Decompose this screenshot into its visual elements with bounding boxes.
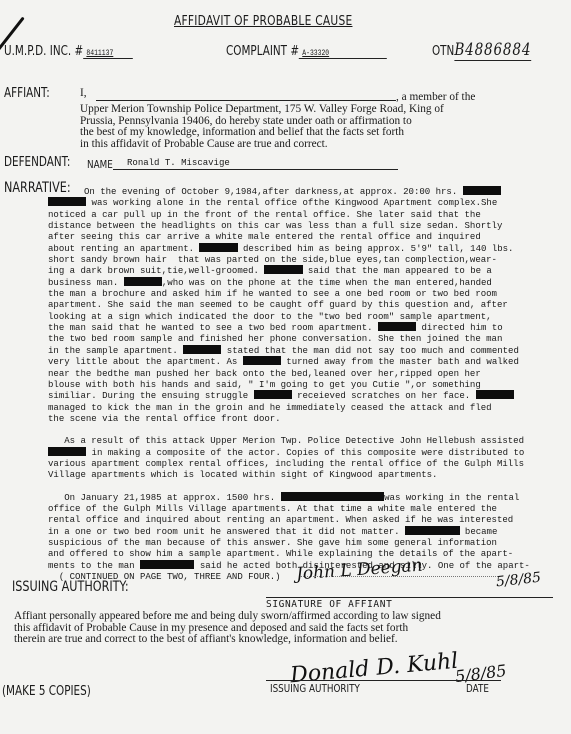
narrative-line: the scene via the rental office front do… [48, 413, 530, 424]
sworn-line: Affiant personally appeared before me an… [14, 611, 441, 623]
signature-of-affiant-caption: SIGNATURE OF AFFIANT [266, 599, 392, 610]
narrative-line: noticed a car pull up in the front of th… [48, 209, 530, 220]
affiant-line: in this affidavit of Probable Cause are … [80, 139, 444, 151]
narrative-line: managed to kick the man in the groin and… [48, 402, 530, 413]
narrative-line: Village apartments which is located with… [48, 469, 530, 480]
complaint-field: COMPLAINT #A-33320 [226, 44, 387, 59]
narrative-line: looking at a sign which indicated the do… [48, 311, 530, 322]
redaction-bar [476, 390, 514, 399]
issuing-authority-label: ISSUING AUTHORITY: [12, 579, 129, 595]
defendant-name-label: NAME [87, 158, 113, 171]
narrative-line: the two bed room sample and finished her… [48, 333, 530, 344]
affiant-label: AFFIANT: [4, 86, 50, 101]
narrative-line: after seeing this car arrive a white mal… [48, 231, 530, 242]
defendant-label: DEFENDANT: [4, 155, 70, 170]
inc-label: U.M.P.D. INC. # [4, 44, 83, 59]
narrative-line: the man a brochure and asked him if he w… [48, 288, 530, 299]
defendant-name-line [113, 169, 398, 170]
narrative-line: in making a composite of the actor. Copi… [48, 447, 530, 458]
narrative-body: On the evening of October 9,1984,after d… [48, 186, 530, 582]
narrative-line: office of the Gulph Mills Village apartm… [48, 503, 530, 514]
redaction-bar [281, 492, 385, 501]
narrative-line: ing a dark brown suit,tie,well-groomed. … [48, 265, 530, 276]
redaction-bar [264, 265, 302, 274]
narrative-line: in the sample apartment. stated that the… [48, 345, 530, 356]
redaction-bar [48, 197, 86, 206]
narrative-line: rental office and inquired about renting… [48, 514, 530, 525]
date-caption: DATE [466, 682, 489, 695]
narrative-line: apartment. She said the man seemed to be… [48, 299, 530, 310]
affiant-name-line [96, 100, 396, 101]
redaction-bar [199, 243, 237, 252]
copies-note: (MAKE 5 COPIES) [2, 684, 91, 699]
inc-number: 8411137 [83, 49, 133, 59]
redaction-bar [140, 560, 195, 569]
narrative-line: various apartment complex rental offices… [48, 458, 530, 469]
affiant-line: Upper Merion Township Police Department,… [80, 104, 444, 116]
affiant-text: Upper Merion Township Police Department,… [80, 104, 444, 151]
redaction-bar [124, 277, 162, 286]
defendant-name: Ronald T. Miscavige [127, 157, 230, 168]
affiant-i: I, [80, 88, 87, 100]
narrative-line: short sandy brown hair that was parted o… [48, 254, 530, 265]
redaction-bar [243, 356, 281, 365]
redaction-bar [183, 345, 221, 354]
narrative-line: distance between the headlights on this … [48, 220, 530, 231]
issuing-authority-caption: ISSUING AUTHORITY [270, 682, 360, 695]
narrative-line: and offered to show him a sample apartme… [48, 548, 530, 559]
affiant-dotted-line [300, 576, 500, 577]
narrative-line: in a one or two bed room unit he answere… [48, 526, 530, 537]
redaction-bar [463, 186, 501, 195]
otn-field: OTNB4886884 [432, 40, 531, 60]
narrative-line: On the evening of October 9,1984,after d… [48, 186, 530, 197]
otn-number: B4886884 [454, 40, 531, 61]
narrative-line: As a result of this attack Upper Merion … [48, 435, 530, 446]
affiant-signature-line [266, 597, 553, 598]
narrative-line: suspicious of the man because of this an… [48, 537, 530, 548]
sworn-statement: Affiant personally appeared before me an… [14, 611, 441, 646]
narrative-line: ments to the man said he acted both disi… [48, 560, 530, 571]
complaint-number: A-33320 [299, 49, 387, 59]
narrative-line: blouse with both his hands and said, " I… [48, 379, 530, 390]
inc-field: U.M.P.D. INC. #8411137 [4, 44, 133, 59]
narrative-line: near the bedthe man pushed her back onto… [48, 368, 530, 379]
document-title: AFFIDAVIT OF PROBABLE CAUSE [174, 14, 352, 29]
sworn-line: therein are true and correct to the best… [14, 634, 441, 646]
otn-label: OTN [432, 44, 454, 59]
redaction-bar [48, 447, 86, 456]
narrative-line: the man said that he wanted to see a two… [48, 322, 530, 333]
narrative-line: business man. ,who was on the phone at t… [48, 277, 530, 288]
affiant-signature-date: 5/8/85 [495, 570, 541, 591]
narrative-line: very little about the apartment. As turn… [48, 356, 530, 367]
complaint-label: COMPLAINT # [226, 44, 299, 59]
narrative-line: On January 21,1985 at approx. 1500 hrs. … [48, 492, 530, 503]
issuing-signature-line [266, 680, 501, 681]
narrative-line: similiar. During the ensuing struggle re… [48, 390, 530, 401]
affidavit-page: AFFIDAVIT OF PROBABLE CAUSE U.M.P.D. INC… [0, 0, 571, 734]
redaction-bar [378, 322, 416, 331]
narrative-line: was working alone in the rental office o… [48, 197, 530, 208]
redaction-bar [405, 526, 460, 535]
redaction-bar [254, 390, 292, 399]
narrative-line: about renting an apartment. described hi… [48, 243, 530, 254]
affiant-member: , a member of the [396, 92, 475, 104]
